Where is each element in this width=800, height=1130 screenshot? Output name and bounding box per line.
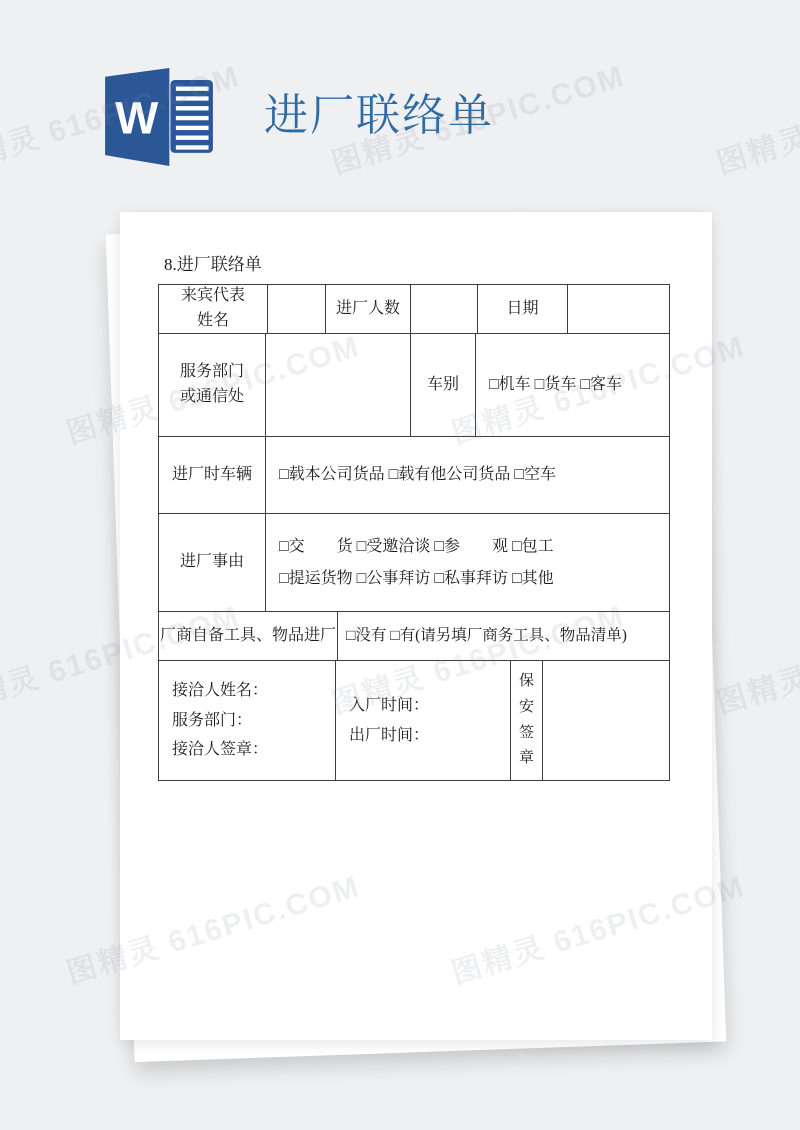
cell-vehicle-type-options: □机车 □货车 □客车	[476, 334, 669, 436]
word-icon: W	[105, 68, 213, 166]
cell-contact-info: 接洽人姓名： 服务部门： 接洽人签章：	[159, 661, 336, 780]
entry-form-table: 来宾代表 姓名 进厂人数 日期 服务部门 或通信处 车别 □机车 □货车 □客车	[158, 284, 670, 781]
svg-text:W: W	[115, 92, 159, 143]
cell-date-value	[568, 285, 669, 333]
cell-entry-count-value	[411, 285, 478, 333]
cell-entry-count-label: 进厂人数	[326, 285, 411, 333]
cell-date-label: 日期	[478, 285, 568, 333]
form-heading: 8.进厂联络单	[164, 250, 674, 275]
table-row: 厂商自备工具、物品进厂 □没有 □有(请另填厂商务工具、物品清单)	[159, 612, 669, 661]
cell-guard-seal-value	[543, 661, 669, 780]
cell-entry-vehicle-options: □载本公司货品 □载有他公司货品 □空车	[266, 437, 669, 513]
cell-visitor-name-label: 来宾代表 姓名	[159, 285, 268, 333]
document-content: 8.进厂联络单 来宾代表 姓名 进厂人数 日期 服务部门 或通信处 车别 □机车	[158, 250, 674, 781]
page-background: W 进厂联络单 8.进厂联络单 来宾代表 姓名 进厂人数 日期 服务部门 或通信…	[0, 0, 800, 1130]
cell-visitor-name-value	[268, 285, 326, 333]
cell-entry-reason-label: 进厂事由	[159, 514, 266, 611]
page-title: 进厂联络单	[264, 92, 494, 140]
watermark-text: 图精灵 616PIC.COM	[710, 591, 800, 722]
cell-vehicle-type-label: 车别	[411, 334, 476, 436]
table-row: 接洽人姓名： 服务部门： 接洽人签章： 入厂时间： 出厂时间： 保 安 签 章	[159, 661, 669, 780]
cell-service-dept-label: 服务部门 或通信处	[159, 334, 266, 436]
table-row: 进厂事由 □交 货 □受邀洽谈 □参 观 □包工 □提运货物 □公事拜访 □私事…	[159, 514, 669, 612]
cell-guard-seal-label: 保 安 签 章	[511, 661, 543, 780]
cell-entry-reason-options: □交 货 □受邀洽谈 □参 观 □包工 □提运货物 □公事拜访 □私事拜访 □其…	[266, 514, 669, 611]
cell-service-dept-value	[266, 334, 411, 436]
watermark-text: 图精灵 616PIC.COM	[710, 51, 800, 182]
table-row: 进厂时车辆 □载本公司货品 □载有他公司货品 □空车	[159, 437, 669, 514]
cell-entry-exit-time: 入厂时间： 出厂时间：	[336, 661, 511, 780]
cell-tools-label: 厂商自备工具、物品进厂	[159, 612, 338, 660]
document-page: 8.进厂联络单 来宾代表 姓名 进厂人数 日期 服务部门 或通信处 车别 □机车	[120, 212, 712, 1040]
cell-entry-vehicle-label: 进厂时车辆	[159, 437, 266, 513]
cell-tools-options: □没有 □有(请另填厂商务工具、物品清单)	[338, 612, 669, 660]
table-row: 来宾代表 姓名 进厂人数 日期	[159, 285, 669, 334]
table-row: 服务部门 或通信处 车别 □机车 □货车 □客车	[159, 334, 669, 437]
